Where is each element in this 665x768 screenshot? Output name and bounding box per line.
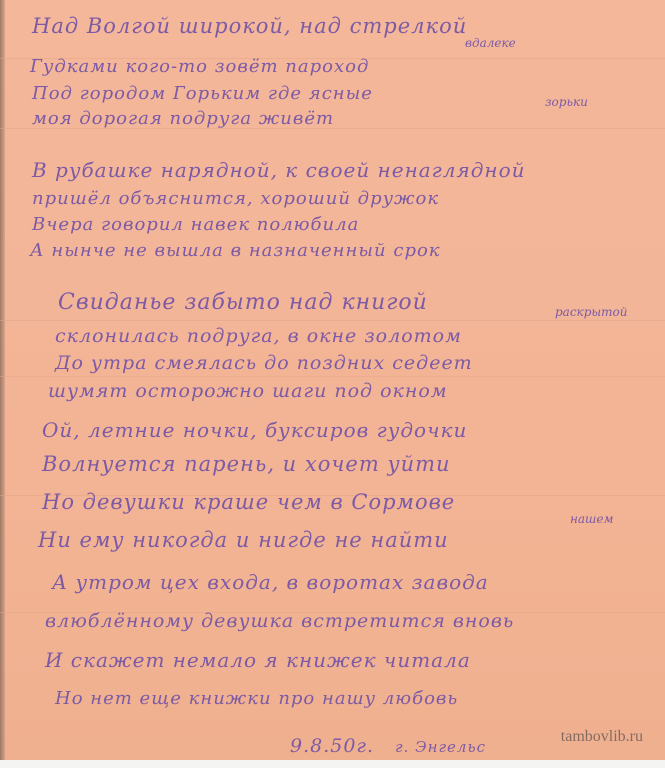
margin-note: вдалеке: [465, 36, 516, 50]
poem-line: моя дорогая подруга живёт: [32, 108, 334, 129]
poem-line: Над Волгой широкой, над стрелкой: [32, 14, 467, 38]
poem-line: И скажет немало я книжек читала: [45, 648, 471, 672]
poem-line: Свиданье забыто над книгой: [58, 290, 428, 315]
poem-line: А нынче не вышла в назначенный срок: [30, 240, 441, 261]
poem-line: Гудками кого-то зовёт пароход: [30, 56, 369, 77]
margin-note: раскрытой: [555, 305, 628, 319]
poem-line: Но нет еще книжки про нашу любовь: [55, 688, 458, 709]
poem-line: Вчера говорил навек полюбила: [32, 214, 359, 235]
signature-date: 9.8.50г.: [290, 735, 374, 757]
margin-note: нашем: [570, 512, 613, 526]
poem-line: До утра смеялась до поздних седеет: [55, 352, 473, 374]
poem-line: шумят осторожно шаги под окном: [48, 380, 448, 402]
paper-edge: [0, 0, 5, 760]
letter-page: Над Волгой широкой, над стрелкой вдалеке…: [0, 0, 665, 760]
poem-line: А утром цех входа, в воротах завода: [52, 570, 489, 594]
poem-line: пришёл объяснится, хороший дружок: [32, 188, 439, 209]
poem-line: Ой, летние ночки, буксиров гудочки: [42, 418, 467, 442]
signature-place: г. Энгельс: [395, 738, 486, 756]
poem-line: Но девушки краше чем в Сормове: [42, 490, 455, 514]
poem-line: влюблённому девушка встретится вновь: [45, 610, 514, 632]
poem-line: Ни ему никогда и нигде не найти: [38, 528, 449, 552]
poem-line: В рубашке нарядной, к своей ненаглядной: [32, 158, 526, 182]
scan-border: [0, 760, 665, 768]
poem-line: склонилась подруга, в окне золотом: [55, 325, 462, 347]
margin-note: зорьки: [545, 95, 588, 109]
watermark: tambovlib.ru: [561, 728, 643, 746]
poem-line: Волнуется парень, и хочет уйти: [42, 452, 451, 476]
ruled-line: [0, 320, 665, 321]
poem-line: Под городом Горьким где ясные: [32, 83, 373, 104]
ruled-line: [0, 376, 665, 377]
